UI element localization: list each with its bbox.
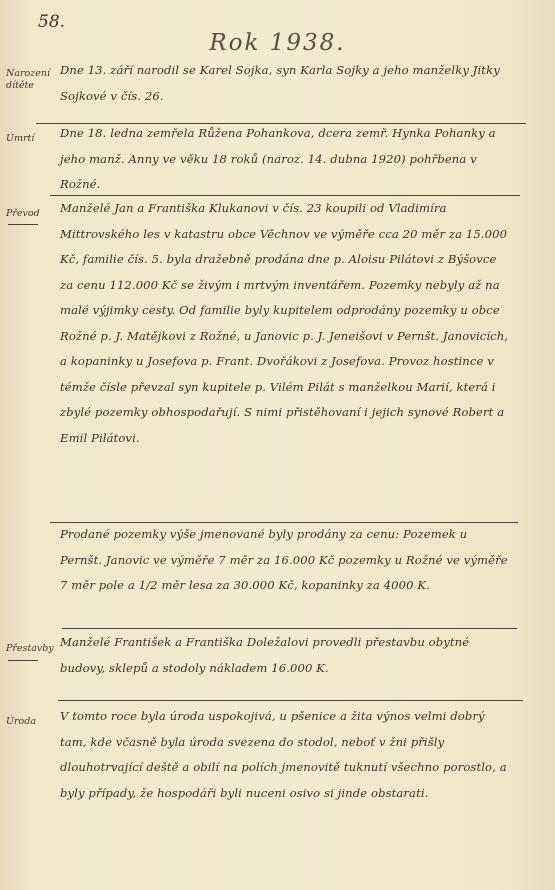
entry-birth: Dne 13. září narodil se Karel Sojka, syn…: [60, 58, 510, 109]
margin-label-rebuilding: Přestavby: [6, 643, 62, 655]
margin-label-death: Úmrtí: [6, 133, 62, 145]
divider: [62, 628, 517, 629]
chronicle-page: 58. Rok 1938. Narození dítěte Dne 13. zá…: [0, 0, 555, 890]
entry-transfer: Manželé Jan a Františka Klukanovi v čís.…: [60, 196, 510, 451]
entry-rebuilding: Manželé František a Františka Doležalovi…: [60, 630, 510, 681]
page-title: Rok 1938.: [0, 30, 555, 56]
entry-sold-land: Prodané pozemky výše jmenované byly prod…: [60, 522, 510, 599]
margin-label-harvest: Úroda: [6, 716, 62, 728]
page-number: 58.: [38, 12, 65, 32]
margin-label-transfer: Převod: [6, 208, 62, 220]
entry-death: Dne 18. ledna zemřela Růžena Pohankova, …: [60, 121, 510, 198]
margin-underline: [8, 224, 38, 225]
entry-harvest: V tomto roce byla úroda uspokojivá, u pš…: [60, 704, 510, 806]
margin-underline: [8, 660, 38, 661]
margin-label-birth: Narození dítěte: [6, 68, 62, 92]
divider: [58, 700, 523, 701]
